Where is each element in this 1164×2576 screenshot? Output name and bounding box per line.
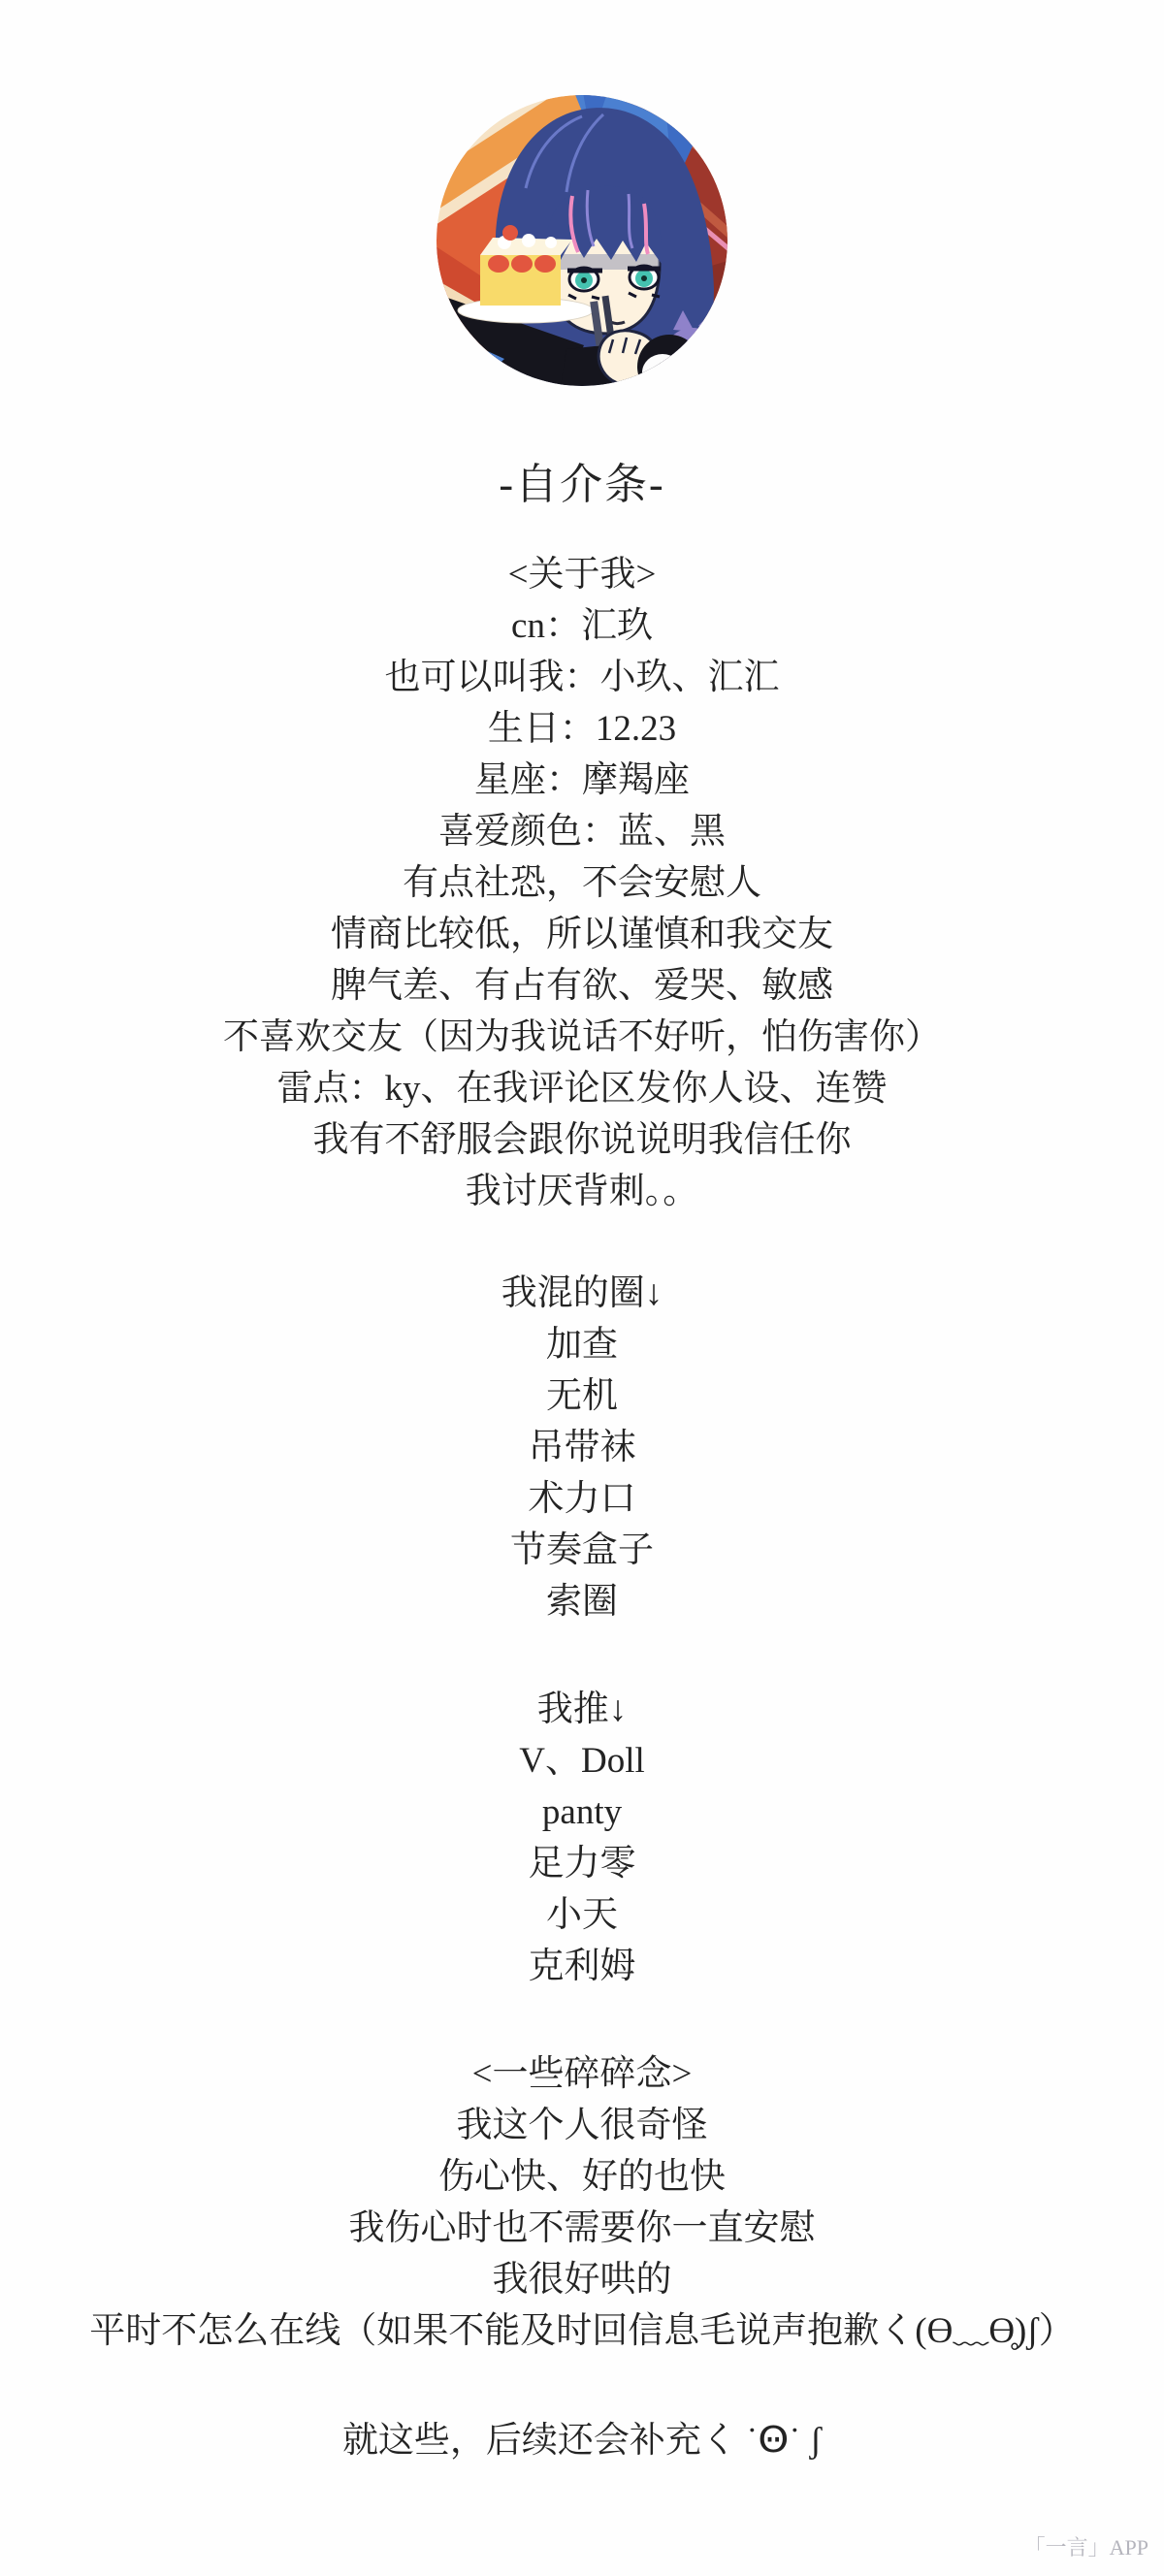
about-line: 生日：12.23 [0, 703, 1164, 755]
note-line: 平时不怎么在线（如果不能及时回信息毛说声抱歉く(Ө﹏Ө̥)ʃ） [0, 2305, 1164, 2357]
favorite-line: panty [0, 1787, 1164, 1838]
favorite-line: 足力零 [0, 1838, 1164, 1889]
circle-line: 节奏盒子 [0, 1525, 1164, 1576]
circle-line: 吊带袜 [0, 1422, 1164, 1473]
circle-line: 术力口 [0, 1473, 1164, 1525]
favorite-line: V、Doll [0, 1735, 1164, 1787]
about-line: 不喜欢交友（因为我说话不好听，怕伤害你） [0, 1012, 1164, 1063]
watermark: 「一言」APP [1024, 2533, 1148, 2562]
section-heading-about: <关于我> [0, 549, 1164, 600]
page-title: -自介条- [0, 459, 1164, 510]
circle-line: 索圈 [0, 1576, 1164, 1627]
about-line: 有点社恐，不会安慰人 [0, 857, 1164, 909]
about-line: 脾气差、有占有欲、爱哭、敏感 [0, 960, 1164, 1012]
about-line: 我有不舒服会跟你说说明我信任你 [0, 1114, 1164, 1166]
about-line: cn：汇玖 [0, 600, 1164, 652]
closing-line: 就这些，后续还会补充く ˙Ꙫ˙ ʃ [0, 2415, 1164, 2466]
circle-line: 加查 [0, 1319, 1164, 1370]
about-line: 星座：摩羯座 [0, 755, 1164, 806]
about-line: 情商比较低，所以谨慎和我交友 [0, 909, 1164, 960]
about-line: 雷点：ky、在我评论区发你人设、连赞 [0, 1063, 1164, 1114]
avatar-image [436, 95, 727, 386]
about-line: 喜爱颜色：蓝、黑 [0, 806, 1164, 857]
section-heading-favorites: 我推↓ [0, 1684, 1164, 1735]
circle-line: 无机 [0, 1370, 1164, 1422]
about-line: 也可以叫我：小玖、汇汇 [0, 652, 1164, 703]
favorite-line: 小天 [0, 1889, 1164, 1941]
note-line: 伤心快、好的也快 [0, 2151, 1164, 2203]
about-line: 我讨厌背刺。。 [0, 1166, 1164, 1217]
note-line: 我这个人很奇怪 [0, 2100, 1164, 2151]
section-heading-circles: 我混的圈↓ [0, 1268, 1164, 1319]
avatar [436, 95, 727, 386]
bio-card: -自介条- <关于我> cn：汇玖 也可以叫我：小玖、汇汇 生日：12.23 星… [0, 95, 1164, 2466]
section-heading-notes: <一些碎碎念> [0, 2048, 1164, 2100]
note-line: 我伤心时也不需要你一直安慰 [0, 2203, 1164, 2254]
note-line: 我很好哄的 [0, 2254, 1164, 2305]
favorite-line: 克利姆 [0, 1941, 1164, 1992]
